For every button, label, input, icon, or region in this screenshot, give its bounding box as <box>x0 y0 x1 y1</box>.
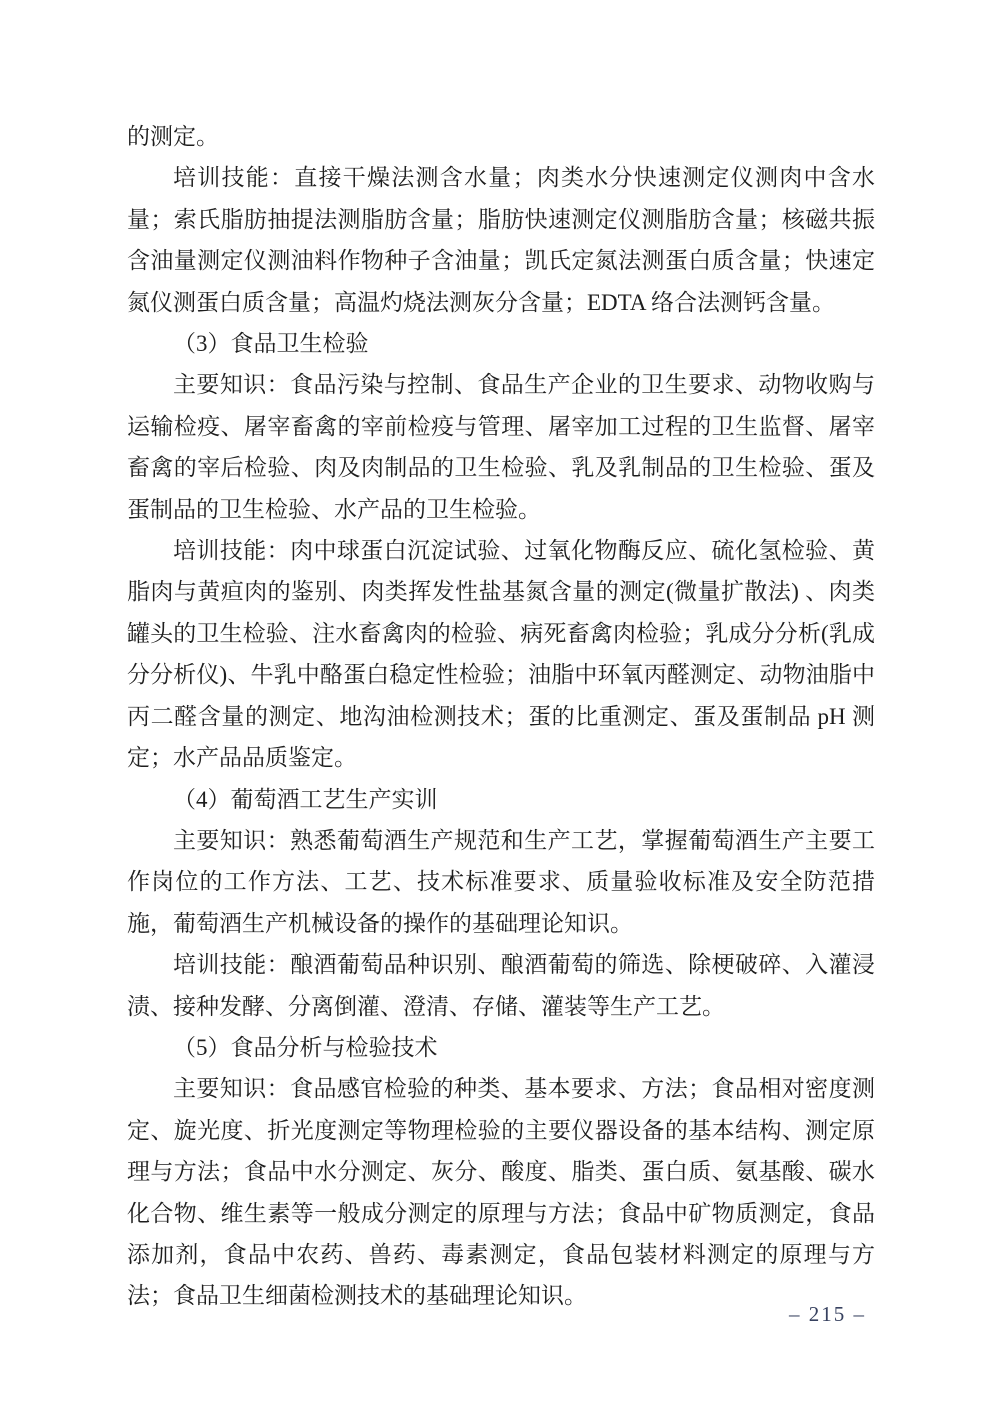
paragraph: （5）食品分析与检验技术 <box>127 1027 875 1068</box>
paragraph: （4）葡萄酒工艺生产实训 <box>127 779 875 820</box>
document-body: 的测定。培训技能：直接干燥法测含水量；肉类水分快速测定仪测肉中含水量；索氏脂肪抽… <box>127 116 875 1317</box>
paragraph: 的测定。 <box>127 116 875 157</box>
paragraph: 培训技能：酿酒葡萄品种识别、酿酒葡萄的筛选、除梗破碎、入灌浸渍、接种发酵、分离倒… <box>127 944 875 1027</box>
paragraph: 培训技能：直接干燥法测含水量；肉类水分快速测定仪测肉中含水量；索氏脂肪抽提法测脂… <box>127 157 875 323</box>
page-number: – 215 – <box>789 1302 866 1327</box>
paragraph: 主要知识：食品污染与控制、食品生产企业的卫生要求、动物收购与运输检疫、屠宰畜禽的… <box>127 364 875 530</box>
paragraph: 主要知识：熟悉葡萄酒生产规范和生产工艺，掌握葡萄酒生产主要工作岗位的工作方法、工… <box>127 820 875 944</box>
paragraph: 主要知识：食品感官检验的种类、基本要求、方法；食品相对密度测定、旋光度、折光度测… <box>127 1068 875 1316</box>
paragraph: （3）食品卫生检验 <box>127 323 875 364</box>
paragraph: 培训技能：肉中球蛋白沉淀试验、过氧化物酶反应、硫化氢检验、黄脂肉与黄疸肉的鉴别、… <box>127 530 875 778</box>
document-page: 的测定。培训技能：直接干燥法测含水量；肉类水分快速测定仪测肉中含水量；索氏脂肪抽… <box>0 0 1000 1414</box>
